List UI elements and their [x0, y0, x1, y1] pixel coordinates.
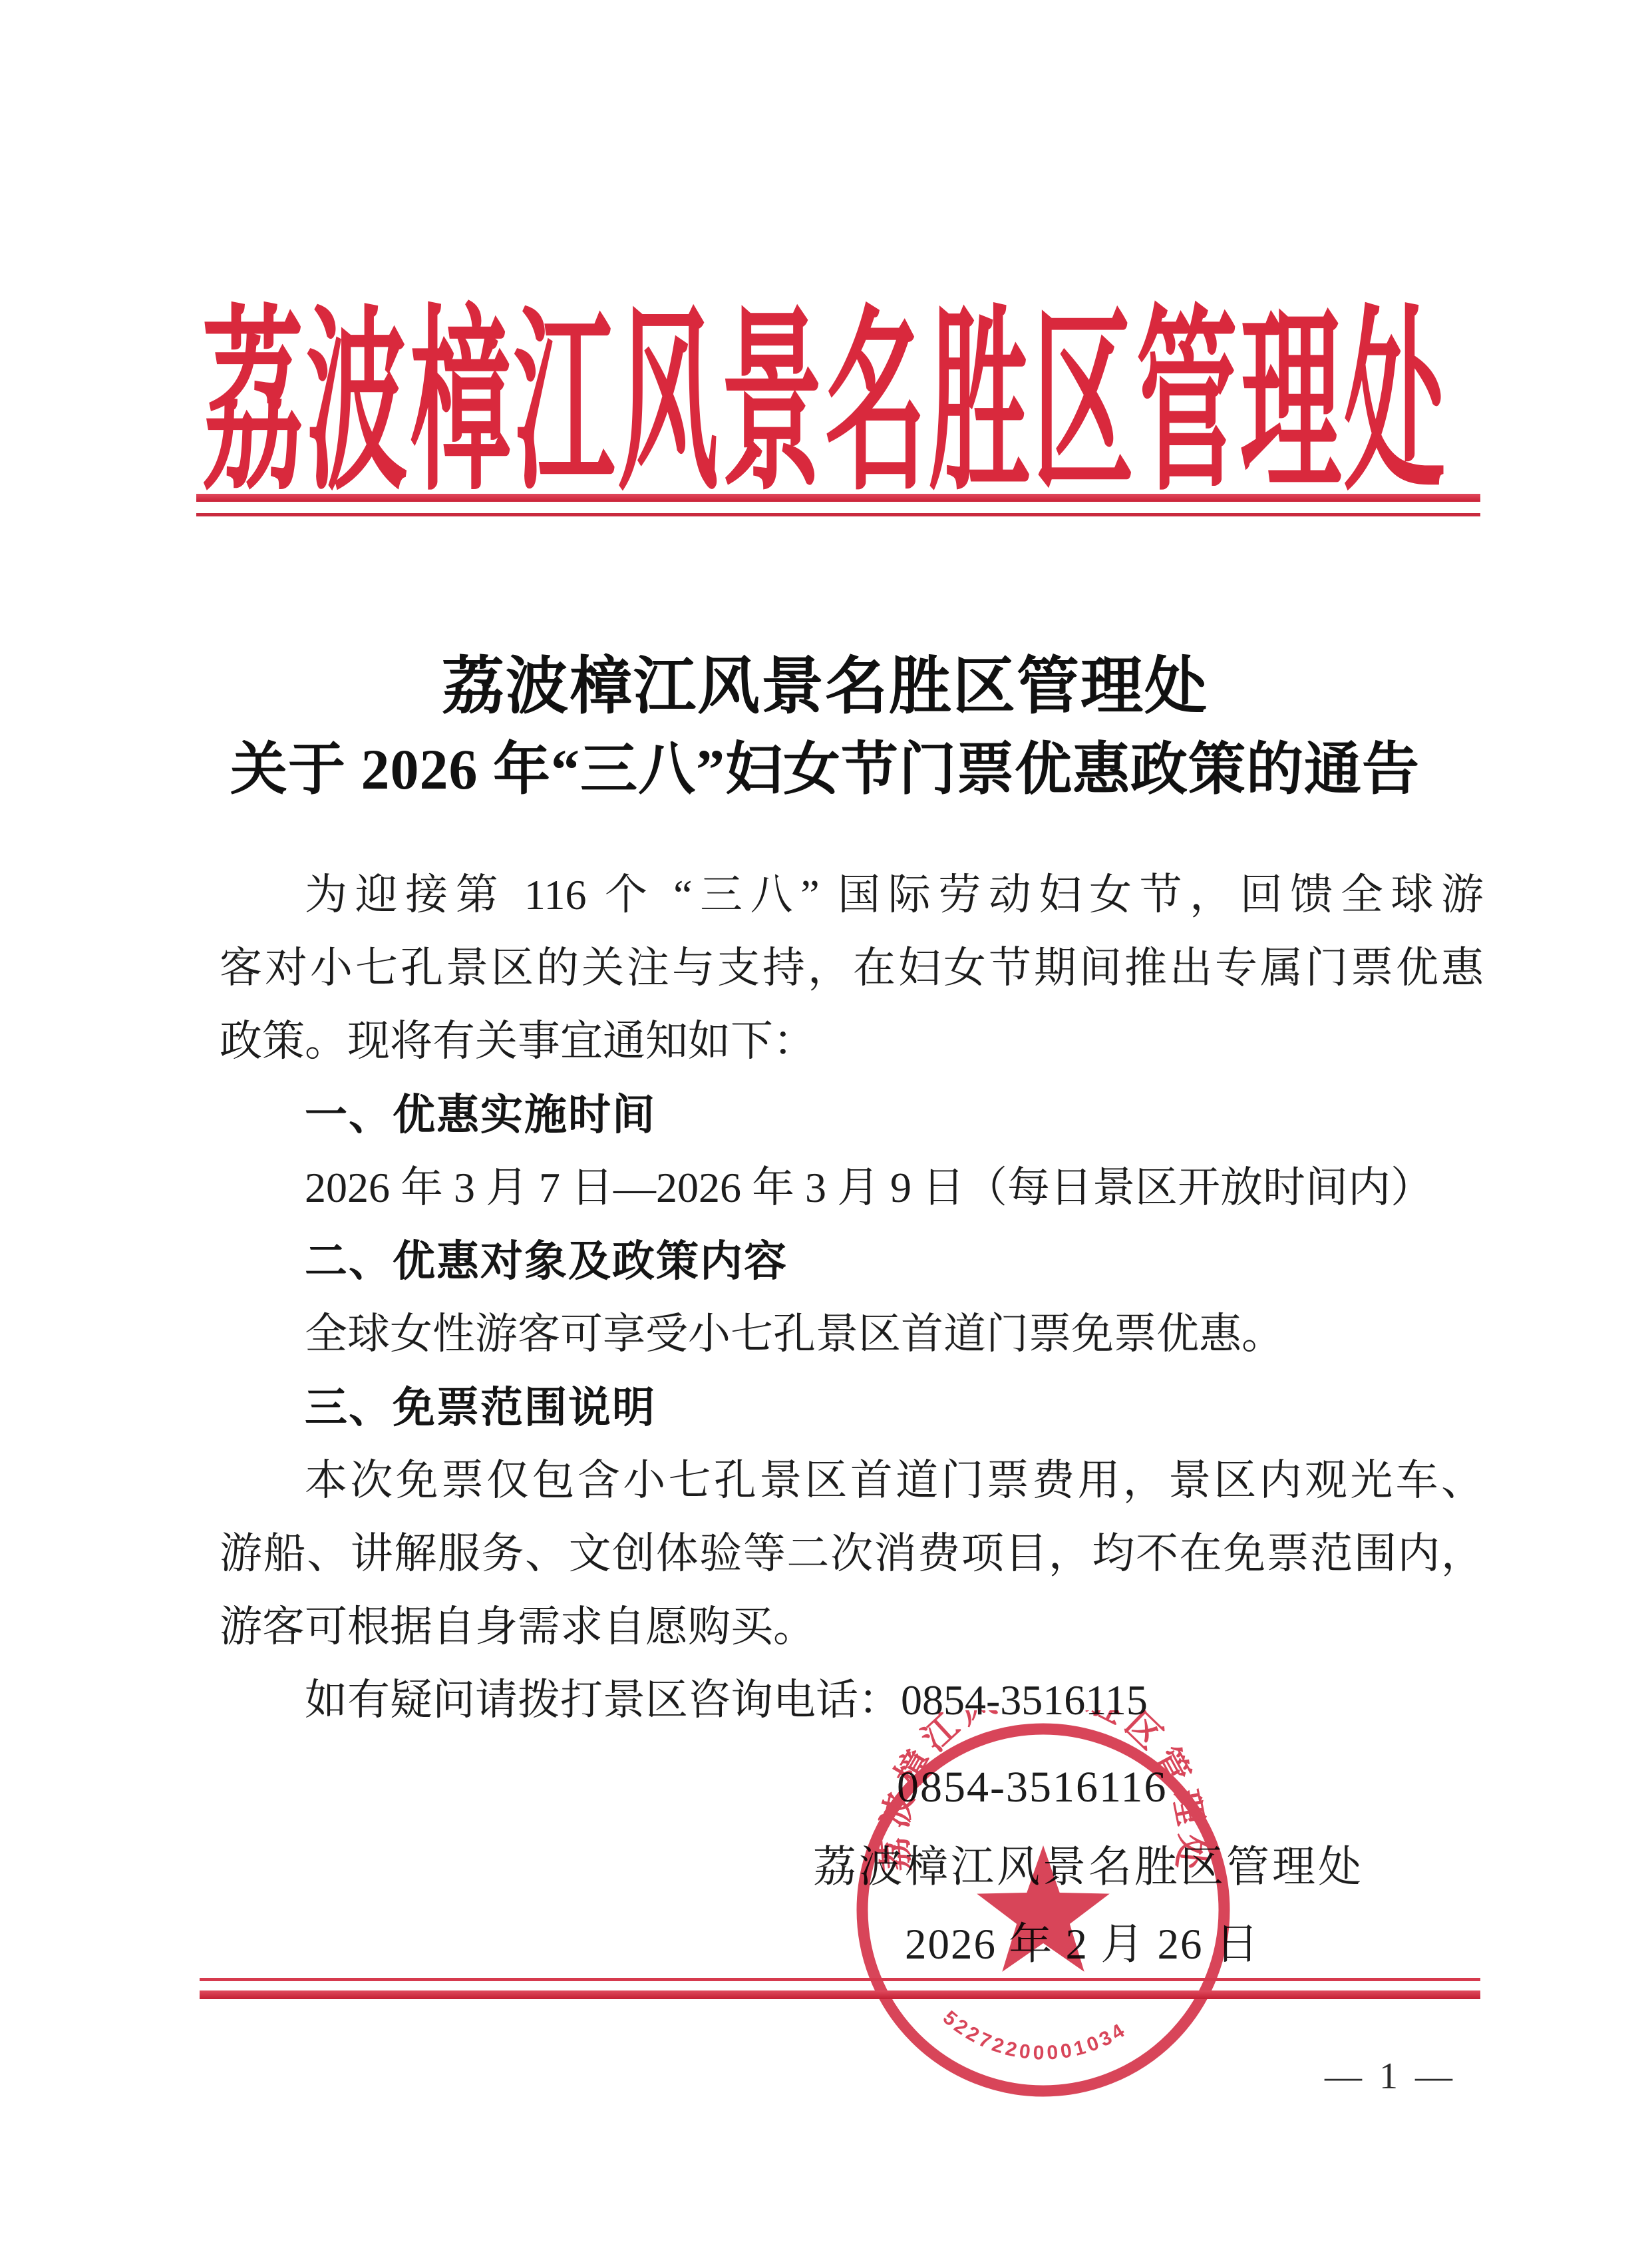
body-line: 本次免票仅包含小七孔景区首道门票费用，景区内观光车、 [220, 1444, 1484, 1517]
contact-phone-2: 0854-3516116 [897, 1762, 1168, 1813]
document-title: 荔波樟江风景名胜区管理处 关于 2026 年“三八”妇女节门票优惠政策的通告 [0, 647, 1650, 812]
document-body: 为迎接第 116 个 “三八” 国际劳动妇女节，回馈全球游 客对小七孔景区的关注… [220, 858, 1484, 1737]
body-line: 2026 年 3 月 7 日—2026 年 3 月 9 日（每日景区开放时间内） [220, 1151, 1484, 1225]
body-line: 全球女性游客可享受小七孔景区首道门票免票优惠。 [220, 1298, 1484, 1371]
footer-thick-line [200, 1990, 1480, 1999]
divider-thick-line [196, 494, 1480, 502]
title-line-2: 关于 2026 年“三八”妇女节门票优惠政策的通告 [0, 727, 1650, 812]
seal-serial-number: 52272200001034 [939, 2006, 1131, 2064]
page-number: — 1 — [1304, 2055, 1477, 2098]
section-heading-1: 一、优惠实施时间 [220, 1078, 1484, 1151]
signature-org-name: 荔波樟江风景名胜区管理处 [813, 1831, 1364, 1894]
section-heading-3: 三、免票范围说明 [220, 1371, 1484, 1444]
footer-divider [200, 1978, 1480, 1999]
body-line: 为迎接第 116 个 “三八” 国际劳动妇女节，回馈全球游 [220, 858, 1484, 932]
signature-date: 2026 年 2 月 26 日 [905, 1909, 1260, 1971]
title-line-1: 荔波樟江风景名胜区管理处 [0, 647, 1650, 727]
body-line: 政策。现将有关事宜通知如下： [220, 1005, 1484, 1078]
contact-phone-line: 如有疑问请拨打景区咨询电话：0854-3516115 [220, 1664, 1484, 1737]
svg-text:52272200001034: 52272200001034 [939, 2006, 1131, 2064]
divider-thin-line [196, 513, 1480, 516]
masthead-org-name: 荔波樟江风景名胜区管理处 [202, 245, 1448, 528]
body-line: 客对小七孔景区的关注与支持，在妇女节期间推出专属门票优惠 [220, 932, 1484, 1005]
document-page: 荔波樟江风景名胜区管理处 荔波樟江风景名胜区管理处 关于 2026 年“三八”妇… [0, 0, 1650, 2268]
masthead-divider [196, 494, 1480, 516]
body-line: 游船、讲解服务、文创体验等二次消费项目，均不在免票范围内， [220, 1517, 1484, 1591]
section-heading-2: 二、优惠对象及政策内容 [220, 1225, 1484, 1298]
body-line: 游客可根据自身需求自愿购买。 [220, 1591, 1484, 1664]
masthead: 荔波樟江风景名胜区管理处 [0, 245, 1650, 390]
